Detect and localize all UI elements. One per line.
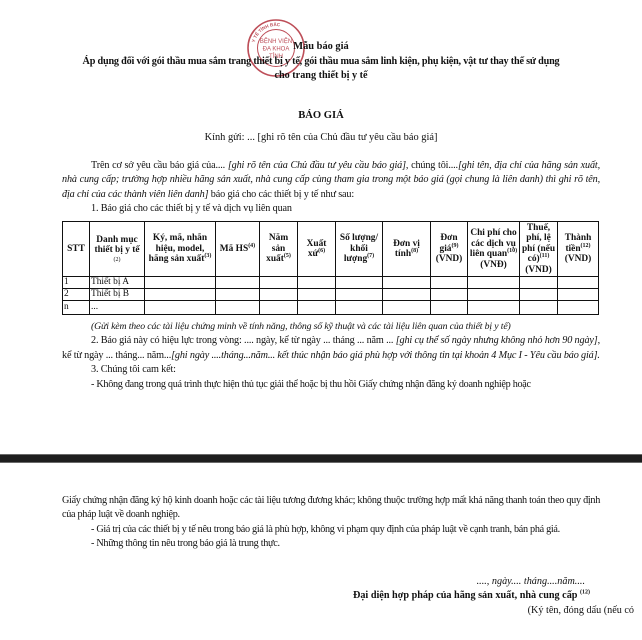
table-cell: 1 xyxy=(63,277,90,289)
table-attachment-note: (Gửi kèm theo các tài liệu chứng minh về… xyxy=(62,320,600,334)
table-cell: Thiết bị B xyxy=(90,289,145,301)
table-cell xyxy=(145,301,216,315)
table-cell xyxy=(468,277,520,289)
table-header-cell: Đơn vị tính(8) xyxy=(383,222,431,277)
sign-instruction: (Ký tên, đóng dấu (nếu có xyxy=(528,605,634,616)
table-cell xyxy=(298,301,336,315)
commitment-3: - Những thông tin nêu trong báo giá là t… xyxy=(62,537,600,551)
table-header-cell: Xuất xứ(6) xyxy=(298,222,336,277)
table-cell: n xyxy=(63,301,90,315)
form-subtitle-line-1: Áp dụng đối với gói thầu mua sắm trang t… xyxy=(0,55,642,69)
intro-paragraph: Trên cơ sở yêu cầu báo giá của.... [ghi … xyxy=(62,159,600,217)
commitment-2: - Giá trị của các thiết bị y tế nêu tron… xyxy=(62,523,600,537)
table-cell xyxy=(216,301,260,315)
table-cell xyxy=(260,301,298,315)
table-cell: 2 xyxy=(63,289,90,301)
table-cell xyxy=(216,277,260,289)
table-cell xyxy=(468,289,520,301)
section-1-heading: 1. Báo giá cho các thiết bị y tế và dịch… xyxy=(62,202,600,216)
table-cell xyxy=(336,301,383,315)
table-cell xyxy=(431,301,468,315)
table-header-cell: Thành tiền(12)(VND) xyxy=(558,222,599,277)
table-cell xyxy=(336,289,383,301)
table-cell: ... xyxy=(90,301,145,315)
table-cell xyxy=(145,289,216,301)
table-row: 1Thiết bị A xyxy=(63,277,599,289)
addressee-line: Kính gửi: ... [ghi rõ tên của Chủ đầu tư… xyxy=(0,132,642,143)
section-2-validity: 2. Báo giá này có hiệu lực trong vòng: .… xyxy=(62,334,600,363)
table-cell xyxy=(298,277,336,289)
table-header-cell: STT xyxy=(63,222,90,277)
table-header-cell: Mã HS(4) xyxy=(216,222,260,277)
table-header-cell: Số lượng/ khối lượng(7) xyxy=(336,222,383,277)
table-cell xyxy=(558,301,599,315)
table-cell xyxy=(468,301,520,315)
table-cell xyxy=(383,277,431,289)
table-header-cell: Ký, mã, nhãn hiệu, model, hãng sản xuất(… xyxy=(145,222,216,277)
table-cell xyxy=(558,289,599,301)
table-cell xyxy=(145,277,216,289)
document-page-2: Giấy chứng nhận đăng ký hộ kinh doanh ho… xyxy=(0,463,642,640)
table-cell xyxy=(260,289,298,301)
commitment-1-continued: Giấy chứng nhận đăng ký hộ kinh doanh ho… xyxy=(62,494,600,523)
form-subtitle-line-2: cho trang thiết bị y tế xyxy=(0,69,642,83)
document-title: BÁO GIÁ xyxy=(0,110,642,121)
table-cell xyxy=(383,289,431,301)
table-cell xyxy=(431,289,468,301)
page-break-separator xyxy=(0,454,642,463)
table-header-row: STTDanh mục thiết bị y tế(2)Ký, mã, nhãn… xyxy=(63,222,599,277)
table-header-cell: Năm sản xuất(5) xyxy=(260,222,298,277)
signer-title: Đại diện hợp pháp của hãng sản xuất, nhà… xyxy=(353,590,590,601)
commitment-1-start: - Không đang trong quá trình thực hiện t… xyxy=(62,378,600,392)
table-cell xyxy=(298,289,336,301)
section-3-heading: 3. Chúng tôi cam kết: xyxy=(62,363,600,377)
table-header-cell: Đơn giá(9)(VND) xyxy=(431,222,468,277)
table-cell xyxy=(260,277,298,289)
quotation-table: STTDanh mục thiết bị y tế(2)Ký, mã, nhãn… xyxy=(62,221,599,315)
table-header-cell: Chi phí cho các dịch vụ liên quan(10)(VN… xyxy=(468,222,520,277)
table-cell xyxy=(336,277,383,289)
signature-date-line: ...., ngày.... tháng....năm.... xyxy=(477,576,585,587)
table-cell: Thiết bị A xyxy=(90,277,145,289)
table-header-cell: Thuế, phí, lệ phí (nếu có)(11)(VND) xyxy=(520,222,558,277)
table-cell xyxy=(558,277,599,289)
table-cell xyxy=(520,289,558,301)
document-page-1: Y TẾ TỈNH BẮC BỆNH VIỆN ĐA KHOA TỈNH Mẫu… xyxy=(0,0,642,454)
table-row: 2Thiết bị B xyxy=(63,289,599,301)
form-title: Mẫu báo giá xyxy=(0,40,642,54)
table-cell xyxy=(431,277,468,289)
table-header-cell: Danh mục thiết bị y tế(2) xyxy=(90,222,145,277)
table-cell xyxy=(383,301,431,315)
table-row: n... xyxy=(63,301,599,315)
table-cell xyxy=(520,277,558,289)
table-cell xyxy=(520,301,558,315)
table-cell xyxy=(216,289,260,301)
